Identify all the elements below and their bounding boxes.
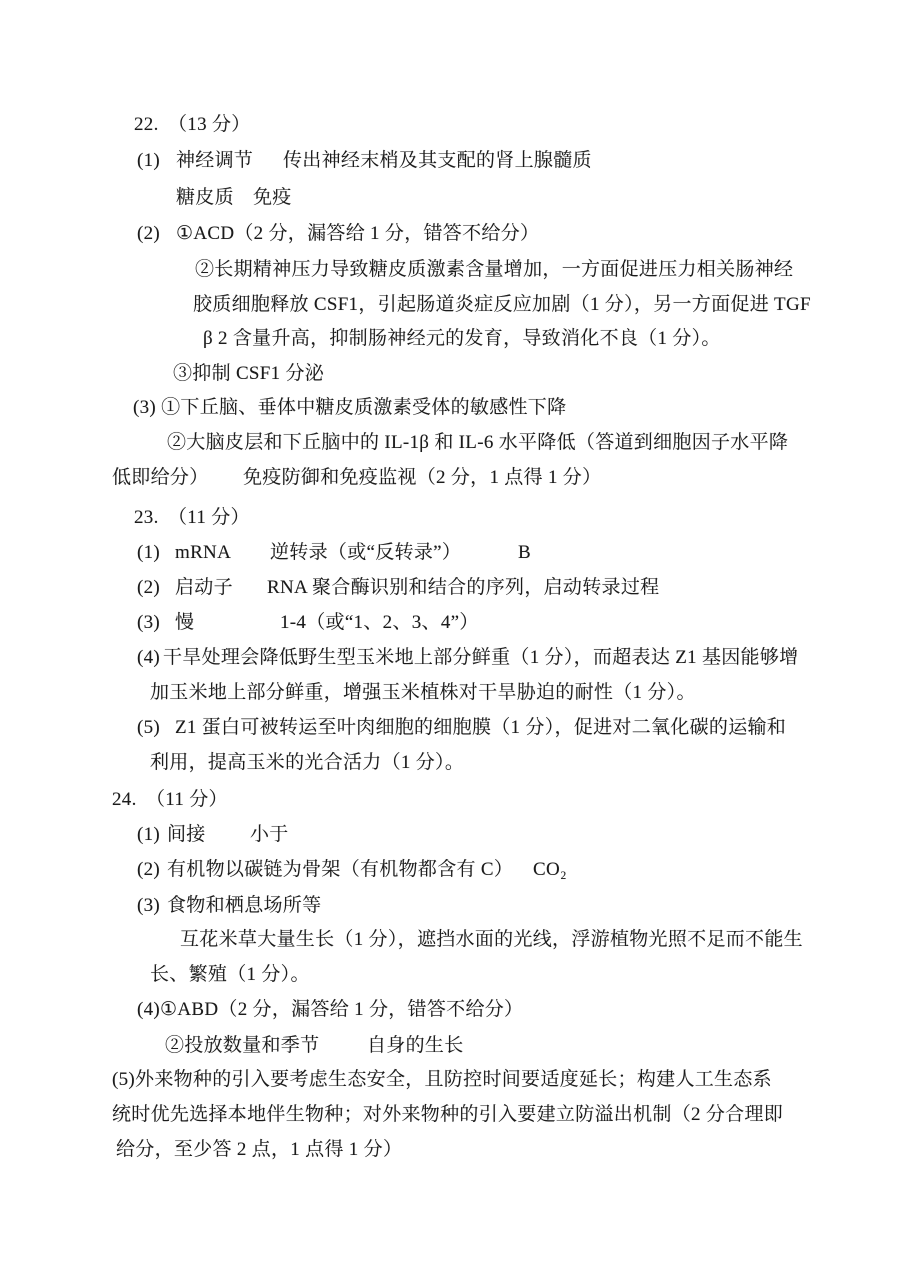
text-line: 长、繁殖（1 分）。: [0, 962, 900, 990]
text-segment: (1): [137, 148, 160, 174]
text-segment: 食物和栖息场所等: [167, 893, 321, 919]
text-line: ②大脑皮层和下丘脑中的 IL-1β 和 IL-6 水平降低（答道到细胞因子水平降: [0, 430, 900, 458]
text-segment: ①ACD（2 分，漏答给 1 分，错答不给分）: [176, 221, 539, 247]
text-line: (3)食物和栖息场所等: [0, 893, 900, 921]
text-line: (1)神经调节传出神经末梢及其支配的肾上腺髓质: [0, 148, 900, 176]
text-segment: （13 分）: [168, 112, 251, 138]
text-segment: （11 分）: [146, 787, 228, 813]
text-line: 加玉米地上部分鲜重，增强玉米植株对干旱胁迫的耐性（1 分）。: [0, 680, 900, 708]
text-segment: （11 分）: [168, 505, 250, 531]
text-segment: 慢: [175, 610, 194, 636]
text-segment: β 2 含量升高，抑制肠神经元的发育，导致消化不良（1 分）。: [203, 326, 721, 352]
text-segment: 互花米草大量生长（1 分），遮挡水面的光线，浮游植物光照不足而不能生: [180, 927, 803, 953]
text-line: 22.（13 分）: [0, 112, 900, 140]
text-line: ②投放数量和季节自身的生长: [0, 1033, 900, 1061]
text-line: 24.（11 分）: [0, 787, 900, 815]
text-segment: 统时优先选择本地伴生物种；对外来物种的引入要建立防溢出机制（2 分合理即: [112, 1102, 783, 1128]
text-segment: 小于: [250, 822, 289, 848]
text-segment: 长、繁殖（1 分）。: [150, 962, 310, 988]
text-segment: 22.: [134, 112, 159, 138]
text-segment: 免疫: [253, 185, 292, 211]
text-line: 糖皮质免疫: [0, 185, 900, 213]
text-segment: 自身的生长: [367, 1033, 464, 1059]
text-segment: (2): [137, 575, 160, 601]
text-line: (2)启动子RNA 聚合酶识别和结合的序列，启动转录过程: [0, 575, 900, 603]
text-line: (5)外来物种的引入要考虑生态安全，且防控时间要适度延长；构建人工生态系: [0, 1067, 900, 1095]
text-segment: ③抑制 CSF1 分泌: [173, 361, 324, 387]
text-line: ③抑制 CSF1 分泌: [0, 361, 900, 389]
text-segment: 1-4（或“1、2、3、4”）: [280, 610, 479, 636]
document-page: 22.（13 分）(1)神经调节传出神经末梢及其支配的肾上腺髓质糖皮质免疫(2)…: [0, 0, 900, 1273]
text-line: β 2 含量升高，抑制肠神经元的发育，导致消化不良（1 分）。: [0, 326, 900, 354]
text-segment: ②投放数量和季节: [165, 1033, 319, 1059]
text-segment: (4): [137, 645, 160, 671]
text-line: 低即给分）免疫防御和免疫监视（2 分，1 点得 1 分）: [0, 465, 900, 493]
text-segment: (1): [137, 822, 160, 848]
text-segment: 给分，至少答 2 点，1 点得 1 分）: [116, 1137, 402, 1163]
text-segment: 免疫防御和免疫监视（2 分，1 点得 1 分）: [243, 465, 601, 491]
text-segment: 干旱处理会降低野生型玉米地上部分鲜重（1 分），而超表达 Z1 基因能够增: [163, 645, 798, 671]
text-line: 统时优先选择本地伴生物种；对外来物种的引入要建立防溢出机制（2 分合理即: [0, 1102, 900, 1130]
text-segment: 加玉米地上部分鲜重，增强玉米植株对干旱胁迫的耐性（1 分）。: [150, 680, 696, 706]
text-segment: 启动子: [175, 575, 233, 601]
text-segment: ②大脑皮层和下丘脑中的 IL-1β 和 IL-6 水平降低（答道到细胞因子水平降: [167, 430, 788, 456]
text-line: (1)mRNA逆转录（或“反转录”）B: [0, 540, 900, 568]
text-line: (1)间接小于: [0, 822, 900, 850]
text-segment: 24.: [112, 787, 137, 813]
text-line: 23.（11 分）: [0, 505, 900, 533]
text-segment: 有机物以碳链为骨架（有机物都含有 C）: [167, 857, 513, 883]
text-segment: (3): [137, 610, 160, 636]
text-line: 给分，至少答 2 点，1 点得 1 分）: [0, 1137, 900, 1165]
text-segment: mRNA: [175, 540, 231, 566]
text-line: 利用，提高玉米的光合活力（1 分）。: [0, 750, 900, 778]
text-segment: 胶质细胞释放 CSF1，引起肠道炎症反应加剧（1 分），另一方面促进 TGF: [193, 292, 811, 318]
text-segment: 神经调节: [176, 148, 253, 174]
text-segment: (3): [137, 893, 160, 919]
text-segment: (4)①ABD（2 分，漏答给 1 分，错答不给分）: [137, 997, 523, 1023]
text-segment: B: [518, 540, 531, 566]
text-line: (5)Z1 蛋白可被转运至叶肉细胞的细胞膜（1 分），促进对二氧化碳的运输和: [0, 715, 900, 743]
text-segment: (5): [137, 715, 160, 741]
text-segment: (2): [137, 221, 160, 247]
text-line: ②长期精神压力导致糖皮质激素含量增加，一方面促进压力相关肠神经: [0, 257, 900, 285]
text-line: (2)有机物以碳链为骨架（有机物都含有 C）CO₂: [0, 857, 900, 885]
text-line: 胶质细胞释放 CSF1，引起肠道炎症反应加剧（1 分），另一方面促进 TGF: [0, 292, 900, 320]
text-segment: (2): [137, 857, 160, 883]
text-segment: 逆转录（或“反转录”）: [270, 540, 461, 566]
text-line: (4)干旱处理会降低野生型玉米地上部分鲜重（1 分），而超表达 Z1 基因能够增: [0, 645, 900, 673]
text-line: (4)①ABD（2 分，漏答给 1 分，错答不给分）: [0, 997, 900, 1025]
text-segment: ②长期精神压力导致糖皮质激素含量增加，一方面促进压力相关肠神经: [195, 257, 793, 283]
text-segment: RNA 聚合酶识别和结合的序列，启动转录过程: [267, 575, 659, 601]
text-line: (2)①ACD（2 分，漏答给 1 分，错答不给分）: [0, 221, 900, 249]
text-segment: 利用，提高玉米的光合活力（1 分）。: [150, 750, 464, 776]
text-segment: (1): [137, 540, 160, 566]
text-line: (3) ①下丘脑、垂体中糖皮质激素受体的敏感性下降: [0, 395, 900, 423]
text-segment: 糖皮质: [176, 185, 234, 211]
text-line: (3)慢1-4（或“1、2、3、4”）: [0, 610, 900, 638]
text-segment: 间接: [167, 822, 206, 848]
text-segment: (3) ①下丘脑、垂体中糖皮质激素受体的敏感性下降: [133, 395, 566, 421]
text-segment: 23.: [134, 505, 159, 531]
text-segment: CO₂: [533, 857, 567, 883]
text-segment: (5)外来物种的引入要考虑生态安全，且防控时间要适度延长；构建人工生态系: [112, 1067, 772, 1093]
text-segment: 传出神经末梢及其支配的肾上腺髓质: [283, 148, 592, 174]
text-segment: 低即给分）: [112, 465, 209, 491]
text-line: 互花米草大量生长（1 分），遮挡水面的光线，浮游植物光照不足而不能生: [0, 927, 900, 955]
text-segment: Z1 蛋白可被转运至叶肉细胞的细胞膜（1 分），促进对二氧化碳的运输和: [175, 715, 786, 741]
